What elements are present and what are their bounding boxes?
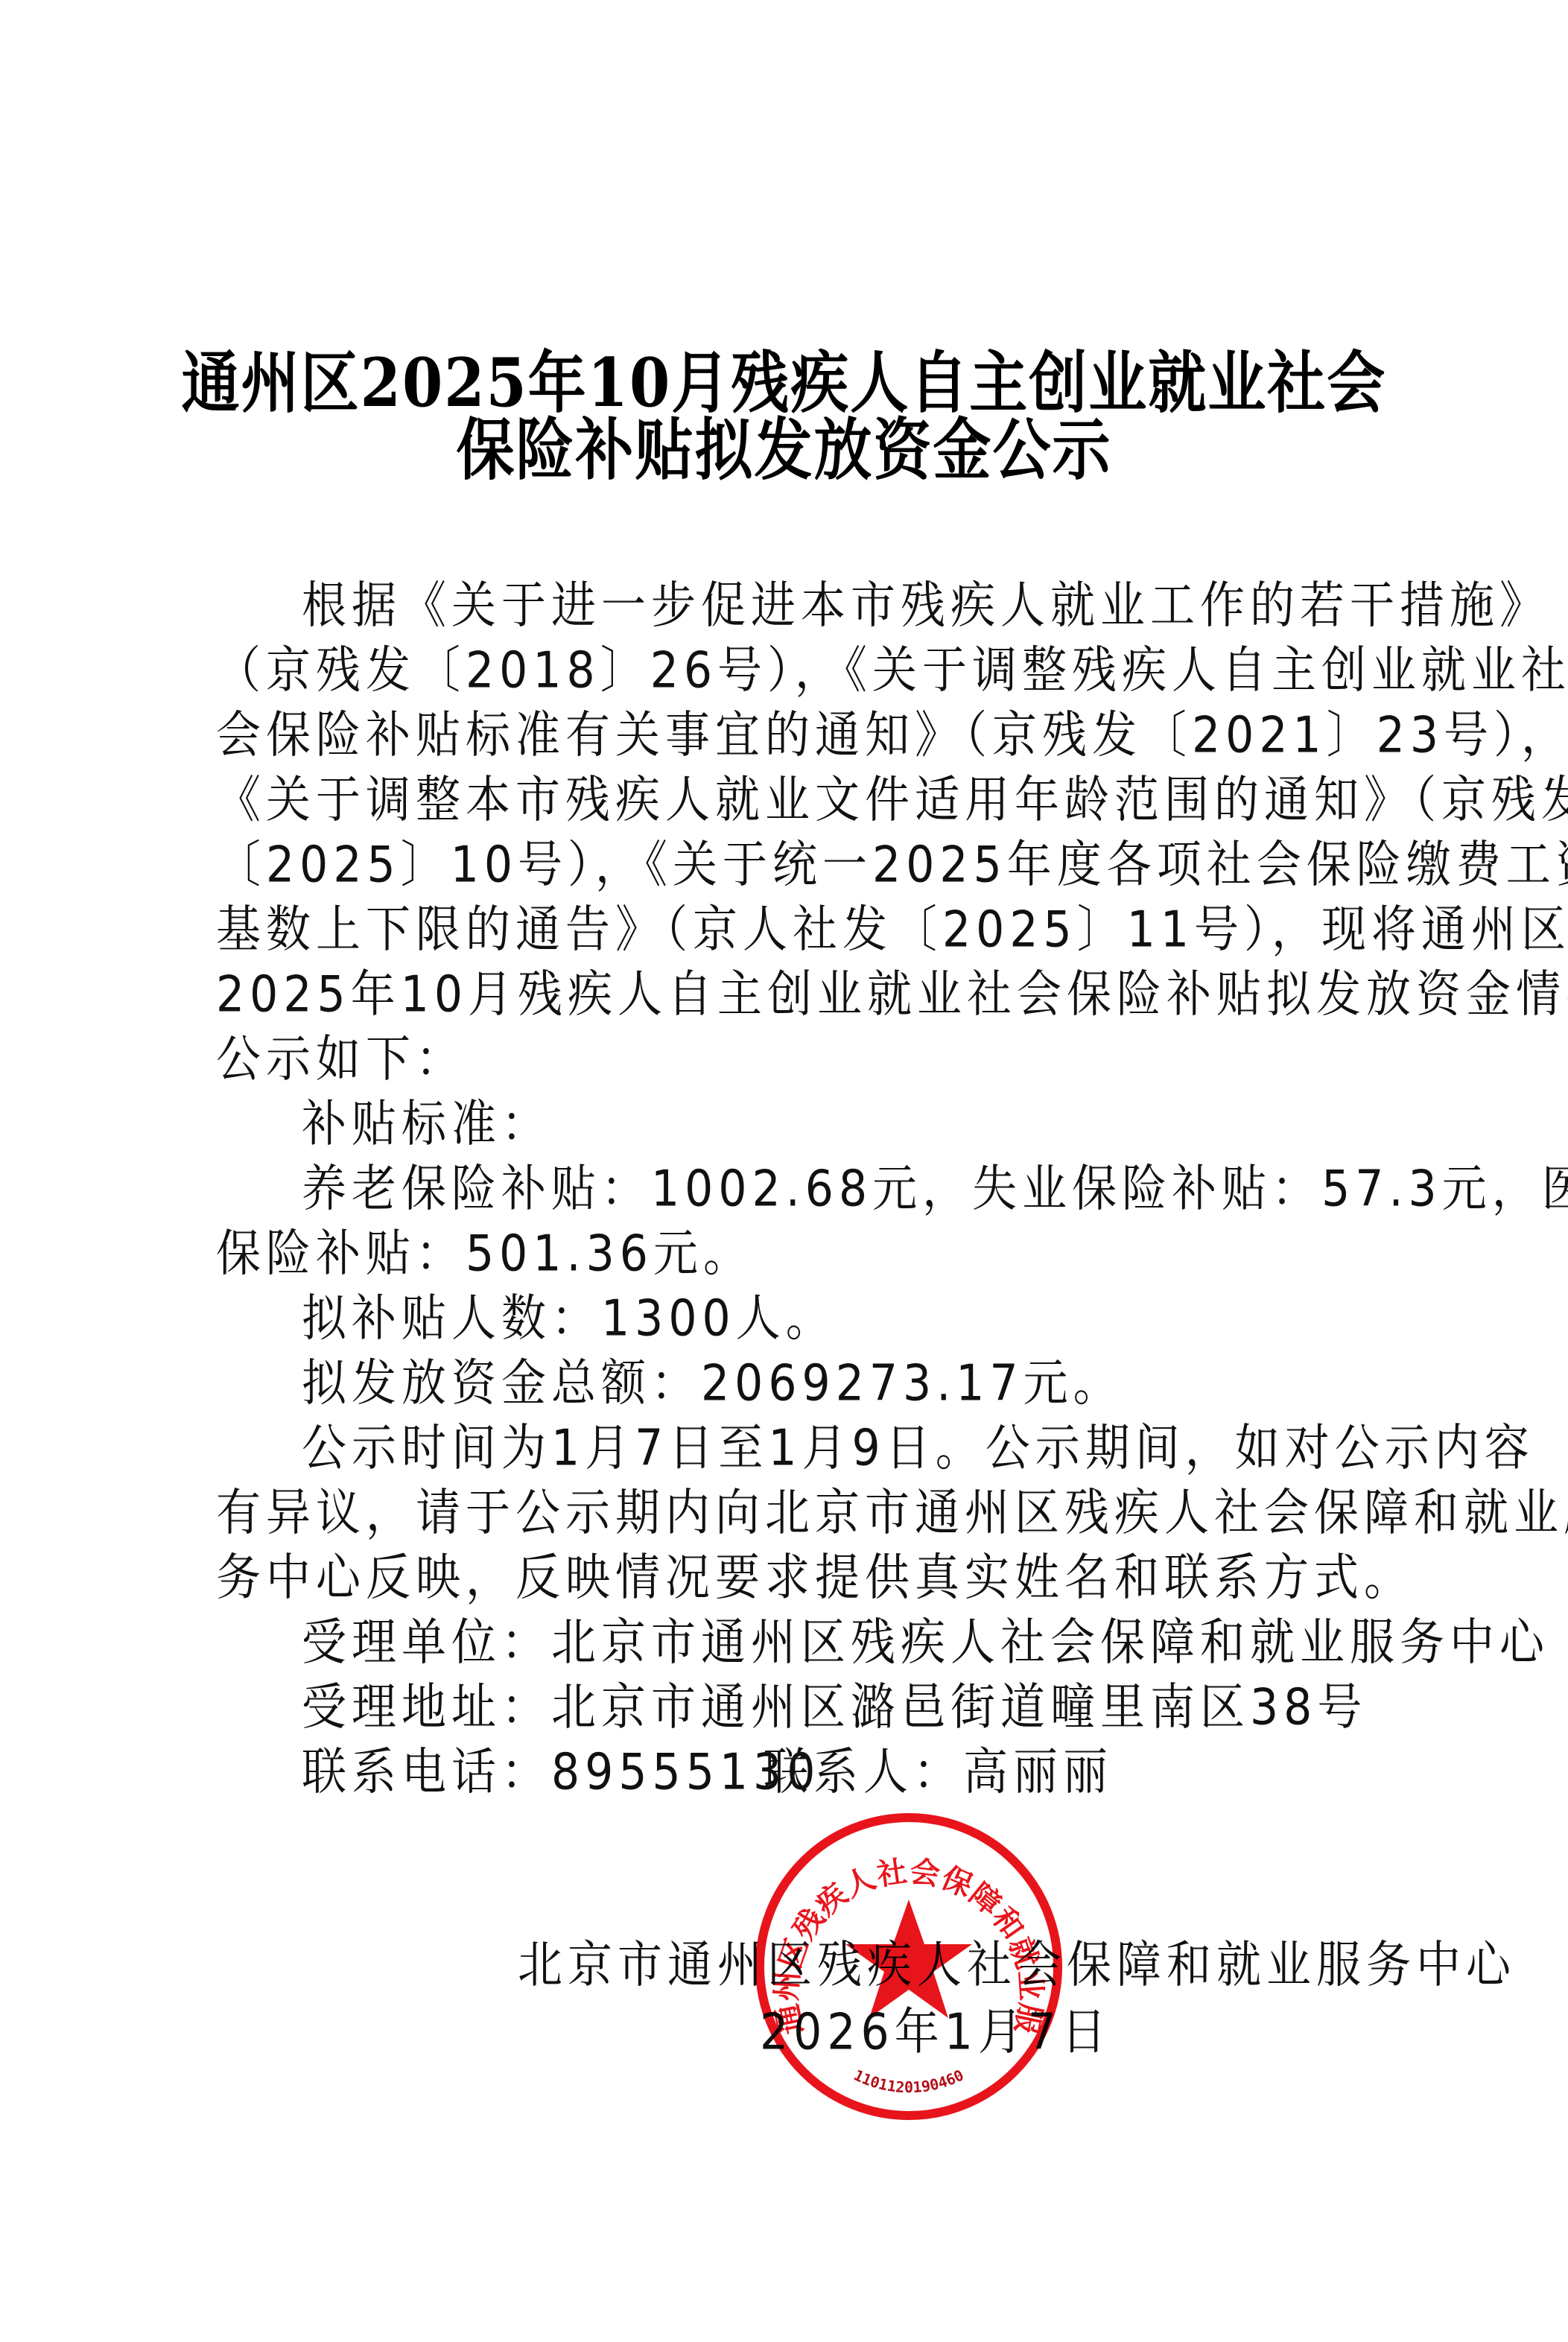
signature-organization: 北京市通州区残疾人社会保障和就业服务中心 [518, 1932, 1516, 1999]
contact-person-row: 联系人：高丽丽 [764, 1739, 1113, 1806]
signature-date: 2026年1月7日 [760, 1999, 1111, 2066]
contact-person-name: 高丽丽 [963, 1743, 1113, 1801]
recipients-count: 拟补贴人数：1300人。 [302, 1285, 836, 1352]
intro-line-2: （京残发〔2018〕26号），《关于调整残疾人自主创业就业社 [216, 637, 1367, 704]
notice-period-line-2: 有异议，请于公示期内向北京市通州区残疾人社会保障和就业服 [216, 1479, 1367, 1546]
total-amount: 拟发放资金总额：2069273.17元。 [302, 1350, 1123, 1417]
intro-line-4: 《关于调整本市残疾人就业文件适用年龄范围的通知》（京残发 [216, 767, 1367, 834]
intro-line-5: 〔2025〕10号），《关于统一2025年度各项社会保险缴费工资 [216, 831, 1367, 898]
intro-line-7: 2025年10月残疾人自主创业就业社会保险补贴拟发放资金情况 [216, 961, 1367, 1028]
intro-line-8: 公示如下： [216, 1026, 466, 1093]
subsidy-standard-line-2: 保险补贴：501.36元。 [216, 1220, 753, 1287]
intro-line-1: 根据《关于进一步促进本市残疾人就业工作的若干措施》 [302, 572, 1549, 639]
subsidy-standard-heading: 补贴标准： [302, 1091, 551, 1158]
contact-unit: 受理单位：北京市通州区残疾人社会保障和就业服务中心 [302, 1609, 1549, 1676]
subsidy-standard-line-1: 养老保险补贴：1002.68元，失业保险补贴：57.3元，医疗 [302, 1155, 1367, 1222]
contact-phone-label: 联系电话： [302, 1743, 551, 1801]
intro-line-6: 基数上下限的通告》（京人社发〔2025〕11号），现将通州区 [216, 896, 1367, 963]
notice-period-line-1: 公示时间为1月7日至1月9日。公示期间，如对公示内容 [302, 1415, 1367, 1482]
notice-period-line-3: 务中心反映，反映情况要求提供真实姓名和联系方式。 [216, 1544, 1414, 1611]
page-title-line-2: 保险补贴拟发放资金公示 [0, 412, 1568, 489]
contact-person-label: 联系人： [764, 1743, 963, 1801]
intro-line-3: 会保险补贴标准有关事宜的通知》（京残发〔2021〕23号）， [216, 702, 1367, 769]
seal-code: 1101120190460 [851, 2066, 967, 2096]
contact-address: 受理地址：北京市通州区潞邑街道疃里南区38号 [302, 1674, 1367, 1741]
contact-phone-row: 联系电话：89555130 [302, 1739, 820, 1806]
notice-page: 通州区2025年10月残疾人自主创业就业社会 保险补贴拟发放资金公示 根据《关于… [0, 0, 1568, 2342]
